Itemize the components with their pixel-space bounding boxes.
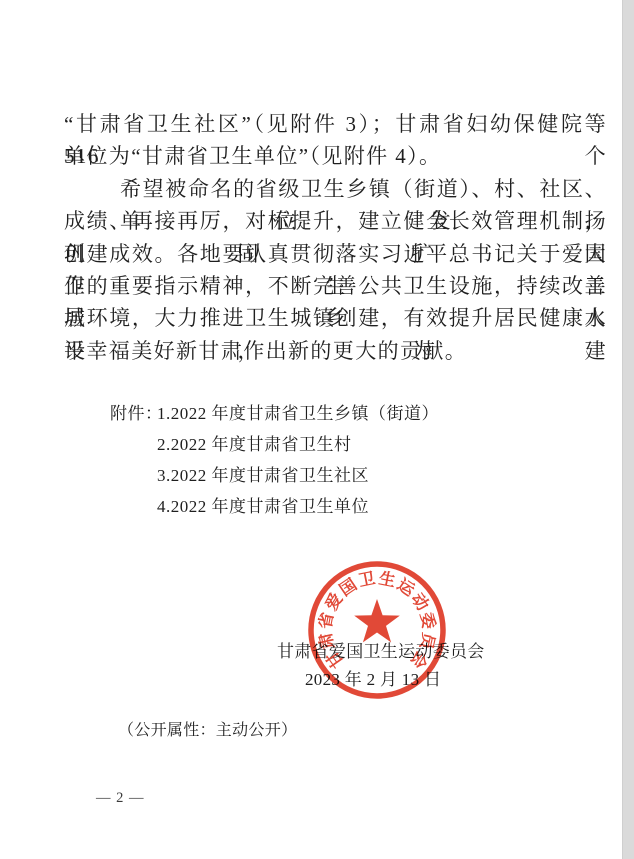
attachment-item: 3.2022 年度甘肃省卫生社区: [157, 460, 439, 491]
svg-text:爱: 爱: [321, 589, 347, 614]
body-line: “甘肃省卫生社区”（见附件 3）；甘肃省妇幼保健院等 516 个: [64, 108, 607, 140]
scan-edge: [622, 0, 634, 859]
svg-text:省: 省: [316, 610, 338, 630]
svg-text:委: 委: [417, 611, 440, 631]
body-line: 希望被命名的省级卫生乡镇（街道）、村、社区、单位发扬: [64, 173, 607, 205]
disclosure-note: （公开属性：主动公开）: [118, 717, 297, 740]
body-line: 创建成效。各地要认真贯彻落实习近平总书记关于爱国卫生工: [64, 238, 607, 270]
attachments-list: 1.2022 年度甘肃省卫生乡镇（街道） 2.2022 年度甘肃省卫生村 3.2…: [157, 398, 439, 522]
attachment-item: 2.2022 年度甘肃省卫生村: [157, 429, 439, 460]
svg-text:动: 动: [408, 589, 434, 614]
attachments-label: 附件：: [110, 398, 163, 429]
document-page: “甘肃省卫生社区”（见附件 3）；甘肃省妇幼保健院等 516 个 单位为“甘肃省…: [0, 0, 634, 859]
body-line: 成绩、再接再厉，对标提升，建立健全长效管理机制，巩固扩大: [64, 205, 607, 237]
svg-text:运: 运: [394, 575, 419, 600]
body-paragraphs: “甘肃省卫生社区”（见附件 3）；甘肃省妇幼保健院等 516 个 单位为“甘肃省…: [64, 108, 607, 367]
svg-text:生: 生: [377, 568, 398, 591]
page-number: — 2 —: [96, 790, 145, 807]
body-line: 作的重要指示精神，不断完善公共卫生设施，持续改善城乡人: [64, 270, 607, 302]
attachment-item: 1.2022 年度甘肃省卫生乡镇（街道）: [157, 398, 439, 429]
signature-org: 甘肃省爱国卫生运动委员会: [277, 637, 485, 662]
svg-text:国: 国: [336, 575, 360, 600]
attachment-item: 4.2022 年度甘肃省卫生单位: [157, 491, 439, 522]
signature-date: 2023 年 2 月 13 日: [305, 665, 441, 690]
body-line: 居环境，大力推进卫生城镇创建，有效提升居民健康水平，为建: [64, 302, 607, 334]
seal-star: [354, 599, 400, 642]
svg-text:卫: 卫: [357, 568, 377, 590]
